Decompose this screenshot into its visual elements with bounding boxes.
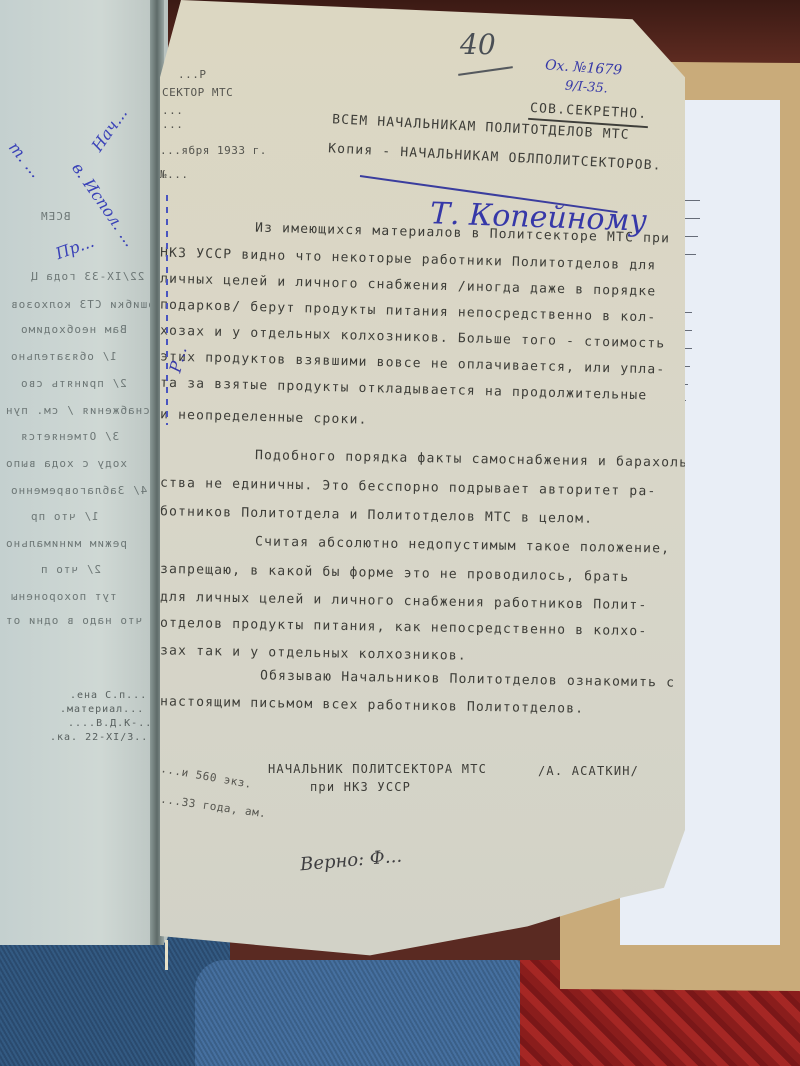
registration-date: 9/I-35. [565, 79, 609, 97]
sheet-number: 40 [460, 28, 496, 61]
mirrored-typed-line: 4/ Заблаговременно [10, 484, 147, 497]
signatory-name: /А. АСАТКИН/ [538, 764, 639, 778]
certification-signature: Верно: Ф... [299, 846, 402, 876]
body-line: Считая абсолютно недопустимым такое поло… [255, 534, 670, 556]
header-left-number: №... [160, 168, 189, 181]
handwritten-note: Нач... [88, 104, 131, 155]
body-line: зах так и у отдельных колхозников. [160, 643, 467, 663]
sheet-number-underline [458, 66, 513, 76]
header-left-date: ...ября 1933 г. [160, 144, 267, 157]
body-line: Обязываю Начальников Политотделов ознако… [260, 668, 675, 690]
signatory-title: НАЧАЛЬНИК ПОЛИТСЕКТОРА МТС [268, 762, 487, 776]
registration-number: Ох. №1679 [545, 57, 623, 78]
body-line: Подобного порядка факты самоснабжения и … [255, 448, 698, 471]
body-line: этих продуктов взявшими вовсе не оплачив… [160, 349, 666, 377]
header-left-line: ... [162, 118, 183, 131]
jeans-right-knee [195, 960, 545, 1066]
body-line: подарков/ берут продукты питания непосре… [160, 298, 657, 326]
archival-photo: ВСЕМ 22/IX-33 года Ц ошибки СТЗ колхозов… [0, 0, 800, 1066]
body-line: личных целей и личного снабжения /иногда… [160, 272, 657, 300]
binding-thread [165, 940, 168, 970]
mirrored-typed-line: ошибки СТЗ колхозов [10, 298, 155, 311]
body-line: запрещаю, в какой бы форме это не провод… [160, 562, 630, 585]
left-facing-page: ВСЕМ 22/IX-33 года Ц ошибки СТЗ колхозов… [0, 0, 168, 945]
body-line: настоящим письмом всех работников Полито… [160, 694, 584, 716]
addressee-copy: Копия - НАЧАЛЬНИКАМ ОБЛПОЛИТСЕКТОРОВ. [328, 141, 662, 173]
mirrored-typed-line: 2/ что п [40, 563, 101, 576]
handwritten-note: т. ... [5, 138, 46, 181]
footer-typed-line: .ка. 22-XI/3... [50, 732, 155, 743]
print-note: ...и 560 экз. [160, 762, 253, 791]
mirrored-typed-line: ВСЕМ [40, 210, 71, 223]
footer-typed-line: ....В.Д.К-... [68, 718, 159, 729]
margin-mark-line [166, 195, 168, 425]
mirrored-typed-line: снабжения / см. пун [5, 404, 150, 417]
mirrored-typed-line: режим минимально [5, 537, 127, 550]
body-line: отделов продукты питания, как непосредст… [160, 616, 648, 640]
handwritten-note: Пр... [53, 232, 97, 263]
mirrored-typed-line: 22/IX-33 года Ц [30, 270, 144, 283]
header-left-line: ...Р [178, 68, 207, 81]
footer-typed-line: .материал... [60, 704, 144, 715]
body-line: для личных целей и личного снабжения раб… [160, 590, 648, 614]
mirrored-typed-line: Вам необходимо [20, 323, 127, 336]
body-line: НКЗ УССР видно что некоторые работники П… [160, 246, 657, 274]
header-left-line: СЕКТОР МТС [162, 86, 233, 99]
mirrored-typed-line: 1/ что пр [30, 510, 99, 523]
mirrored-typed-line: 1/ обязательно [10, 350, 117, 363]
mirrored-typed-line: 2/ принять сво [20, 377, 127, 390]
body-line: ботников Политотдела и Политотделов МТС … [160, 504, 593, 527]
body-line: ства не единичны. Это бесспорно подрывае… [160, 476, 657, 500]
signatory-title-2: при НКЗ УССР [310, 780, 411, 794]
body-line: хозах и у отдельных колхозников. Больше … [160, 323, 666, 351]
mirrored-typed-line: тут похоронены [10, 590, 117, 603]
mirrored-typed-line: 3/ Отменяется [20, 430, 119, 443]
body-line: и неопределенные сроки. [160, 407, 368, 427]
mirrored-typed-line: ходу с хода выпо [5, 457, 127, 470]
typewritten-letter: ...Р СЕКТОР МТС ... ... ...ября 1933 г. … [160, 0, 685, 965]
header-left-line: ... [162, 104, 183, 117]
mirrored-typed-line: что надо в одни от [5, 614, 142, 627]
footer-typed-line: .ена С.п... [70, 690, 147, 701]
body-line: та за взятые продукты откладывается на п… [160, 376, 648, 404]
print-note: ...33 года, ам. [160, 793, 268, 821]
